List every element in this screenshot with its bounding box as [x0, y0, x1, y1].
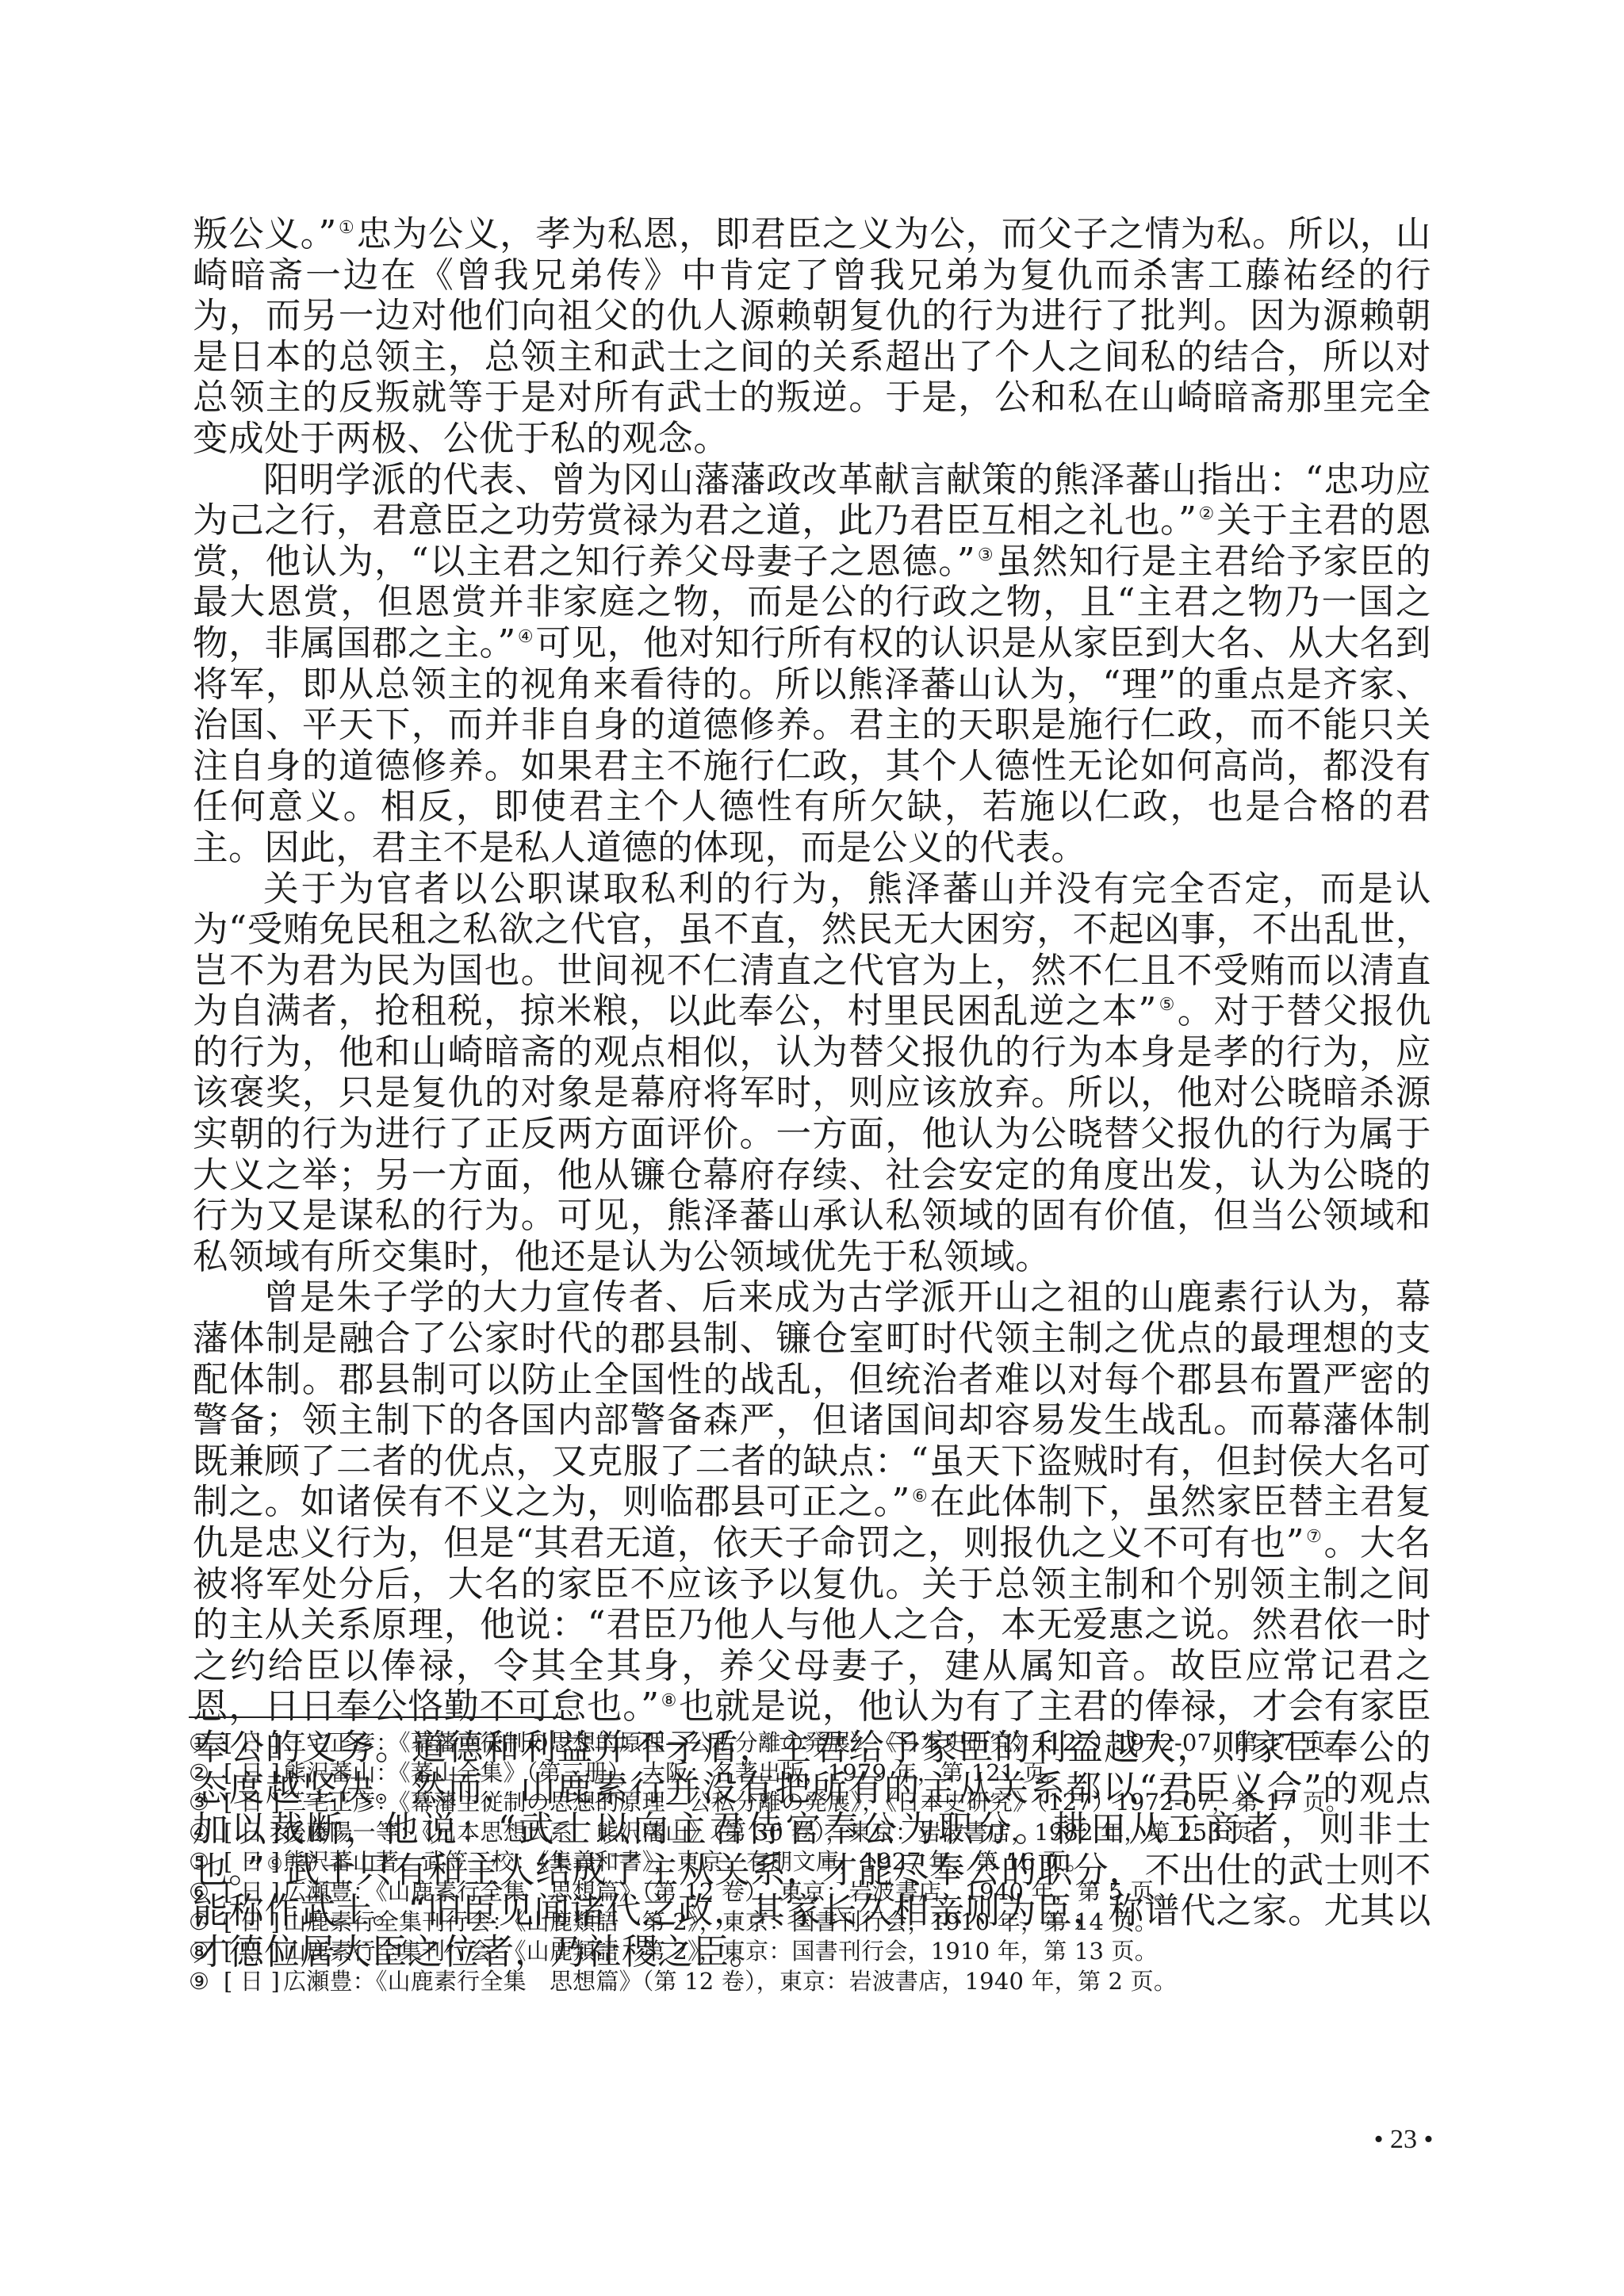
- paragraph: 阳明学派的代表、曾为冈山藩藩政改革献言献策的熊泽蕃山指出：“忠功应为己之行，君意…: [193, 460, 1431, 869]
- footnote-item: ⑥[ 日 ]広瀬豊：《山鹿素行全集 思想篇》（第 12 卷），東京：岩波書店，1…: [189, 1877, 1434, 1908]
- footnote-reference[interactable]: ①: [339, 218, 355, 238]
- footnote-citation: 熊沢蕃山著、武笠三校：《集義和書》，東京：有朋文庫，1927 年，第 16 页。: [283, 1848, 1089, 1875]
- footnote-item: ④[ 日 ]後藤陽一等：《日本思想大系 熊沢藩山》（第 30 卷），東京：岩波書…: [189, 1818, 1434, 1848]
- paragraph-text: 叛公义。”: [193, 214, 337, 254]
- body-text: 叛公义。”①忠为公义，孝为私恩，即君臣之义为公，而父子之情为私。所以，山崎暗斋一…: [193, 214, 1431, 1973]
- footnote-reference[interactable]: ⑥: [912, 1487, 929, 1506]
- footnote-citation: 熊沢蕃山：《蕃山全集》（第三册），大阪：名著出版，1979 年，第 121 页。: [283, 1759, 1069, 1786]
- paragraph: 叛公义。”①忠为公义，孝为私恩，即君臣之义为公，而父子之情为私。所以，山崎暗斋一…: [193, 214, 1431, 460]
- footnote-number: ③: [189, 1788, 224, 1818]
- footnote-number: ④: [189, 1818, 224, 1848]
- footnote-country-tag: [ 日 ]: [224, 1908, 280, 1935]
- footnote-item: ①[ 日 ]三宅正彦：《幕藩主従制の思想的原理—公私分離の発展》，《日本史研究》…: [189, 1728, 1434, 1758]
- footnote-item: ③[ 日 ]三宅正彦：《幕藩主従制の思想的原理—公私分離の発展》，《日本史研究》…: [189, 1788, 1434, 1818]
- page-number: • 23 •: [1372, 2125, 1435, 2155]
- footnote-number: ⑧: [189, 1937, 224, 1967]
- paragraph-text: 忠为公义，孝为私恩，即君臣之义为公，而父子之情为私。所以，山崎暗斋一边在《曾我兄…: [193, 214, 1431, 459]
- footnote-citation: 広瀬豊：《山鹿素行全集 思想篇》（第 12 卷），東京：岩波書店，1940 年，…: [283, 1968, 1177, 1995]
- footnote-citation: 三宅正彦：《幕藩主従制の思想的原理—公私分離の発展》，《日本史研究》（127）1…: [283, 1789, 1349, 1816]
- footnote-citation: 山鹿素行全集刊行会：《山鹿類語 第 2》，東京：国書刊行会，1910 年，第 1…: [283, 1938, 1158, 1965]
- footnote-reference[interactable]: ⑧: [661, 1691, 678, 1711]
- footnote-country-tag: [ 日 ]: [224, 1938, 280, 1965]
- footnote-country-tag: [ 日 ]: [224, 1759, 280, 1786]
- footnote-number: ⑦: [189, 1908, 224, 1938]
- footnote-divider: [189, 1716, 564, 1718]
- footnote-number: ⑤: [189, 1847, 224, 1877]
- footnote-country-tag: [ 日 ]: [224, 1789, 280, 1816]
- footnote-number: ②: [189, 1758, 224, 1789]
- footnote-reference[interactable]: ②: [1198, 504, 1215, 524]
- paragraph: 关于为官者以公职谋取私利的行为，熊泽蕃山并没有完全否定，而是认为“受贿免民租之私…: [193, 869, 1431, 1278]
- footnote-item: ②[ 日 ]熊沢蕃山：《蕃山全集》（第三册），大阪：名著出版，1979 年，第 …: [189, 1758, 1434, 1789]
- footnote-citation: 三宅正彦：《幕藩主従制の思想的原理—公私分離の発展》，《日本史研究》（127）1…: [283, 1729, 1349, 1756]
- footnote-item: ⑧[ 日 ]山鹿素行全集刊行会：《山鹿類語 第 2》，東京：国書刊行会，1910…: [189, 1937, 1434, 1967]
- footnote-reference[interactable]: ⑤: [1159, 995, 1176, 1015]
- footnote-number: ⑥: [189, 1877, 224, 1908]
- footnote-reference[interactable]: ③: [977, 545, 994, 565]
- footnote-country-tag: [ 日 ]: [224, 1729, 280, 1756]
- footnote-country-tag: [ 日 ]: [224, 1878, 280, 1905]
- footnote-number: ①: [189, 1728, 224, 1758]
- footnote-citation: 広瀬豊：《山鹿素行全集 思想篇》（第 12 卷），東京：岩波書店，1940 年，…: [283, 1878, 1177, 1905]
- footnote-country-tag: [ 日 ]: [224, 1968, 280, 1995]
- footnotes: ①[ 日 ]三宅正彦：《幕藩主従制の思想的原理—公私分離の発展》，《日本史研究》…: [189, 1728, 1434, 1996]
- footnote-country-tag: [ 日 ]: [224, 1819, 280, 1846]
- footnote-country-tag: [ 日 ]: [224, 1848, 280, 1875]
- footnote-citation: 山鹿素行全集刊行会：《山鹿類語 第 2》，東京：国書刊行会，1910 年，第 1…: [283, 1908, 1158, 1935]
- footnote-citation: 後藤陽一等：《日本思想大系 熊沢藩山》（第 30 卷），東京：岩波書店，1982…: [283, 1819, 1276, 1846]
- footnote-item: ⑤[ 日 ]熊沢蕃山著、武笠三校：《集義和書》，東京：有朋文庫，1927 年，第…: [189, 1847, 1434, 1877]
- page-body: 叛公义。”①忠为公义，孝为私恩，即君臣之义为公，而父子之情为私。所以，山崎暗斋一…: [193, 214, 1431, 1973]
- footnote-reference[interactable]: ④: [518, 627, 534, 647]
- footnote-number: ⑨: [189, 1967, 224, 1997]
- footnote-reference[interactable]: ⑦: [1306, 1527, 1322, 1547]
- footnote-item: ⑨[ 日 ]広瀬豊：《山鹿素行全集 思想篇》（第 12 卷），東京：岩波書店，1…: [189, 1967, 1434, 1997]
- footnote-item: ⑦[ 日 ]山鹿素行全集刊行会：《山鹿類語 第 2》，東京：国書刊行会，1910…: [189, 1908, 1434, 1938]
- paragraph-text: 。对于替父报仇的行为，他和山崎暗斋的观点相似，认为替父报仇的行为本身是孝的行为，…: [193, 991, 1431, 1277]
